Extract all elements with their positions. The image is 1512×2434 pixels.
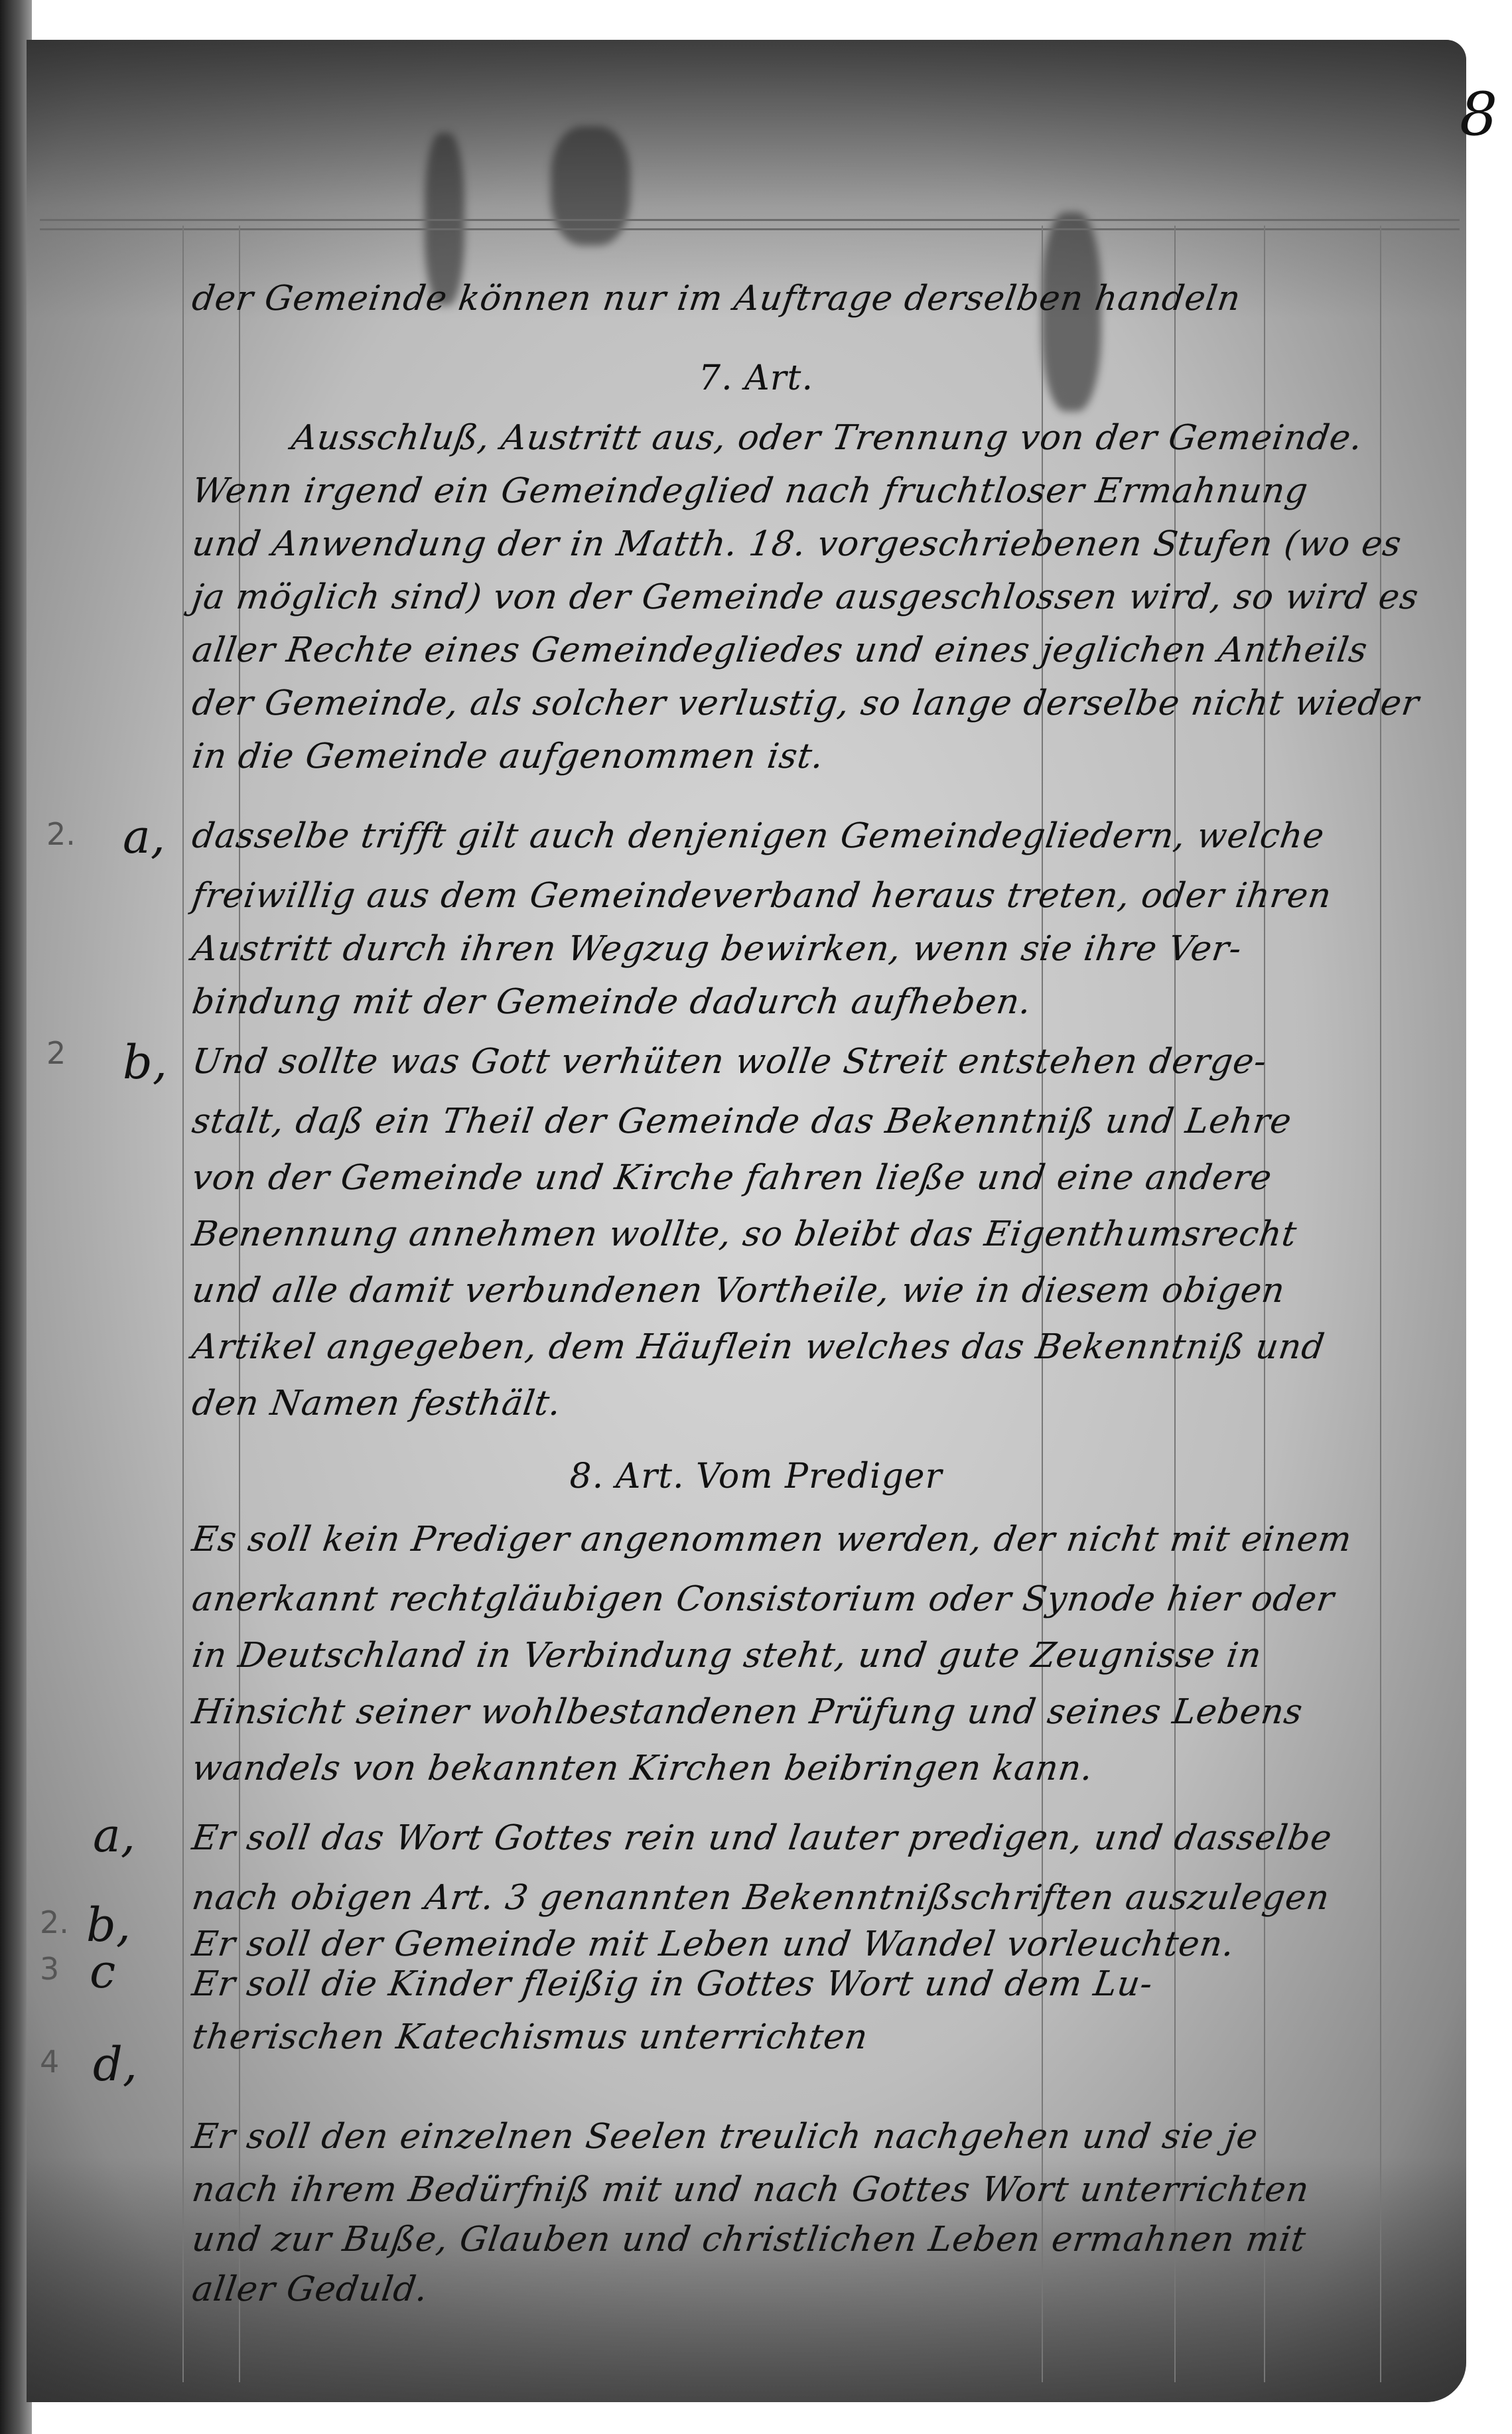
text-line: Hinsicht seiner wohlbestandenen Prüfung … (190, 1692, 1306, 1732)
water-stain-top (27, 40, 1466, 319)
margin-pencil-number: 2. (46, 816, 76, 852)
text-line: den Namen festhält. (190, 1384, 564, 1423)
text-line: Er soll das Wort Gottes rein und lauter … (190, 1818, 1335, 1858)
text-line: therischen Katechismus unterrichten (190, 2017, 870, 2057)
text-line: anerkannt rechtgläubigen Consistorium od… (190, 1579, 1337, 1619)
text-line: der Gemeinde können nur im Auftrage ders… (190, 279, 1243, 319)
article-heading: 8. Art. Vom Prediger (0, 1457, 1512, 1496)
ruled-line-top (40, 219, 1460, 221)
text-line: und Anwendung der in Matth. 18. vorgesch… (190, 524, 1405, 564)
text-line: dasselbe trifft gilt auch denjenigen Gem… (190, 816, 1327, 856)
text-line: aller Rechte eines Gemeindegliedes und e… (190, 630, 1370, 670)
text-line: und zur Buße, Glauben und christlichen L… (190, 2220, 1309, 2259)
text-line: Austritt durch ihren Wegzug bewirken, we… (190, 929, 1245, 969)
text-line: der Gemeinde, als solcher verlustig, so … (190, 683, 1422, 723)
text-line: Wenn irgend ein Gemeindeglied nach fruch… (190, 471, 1311, 511)
text-line: nach obigen Art. 3 genannten Bekenntnißs… (190, 1878, 1332, 1918)
text-line: ja möglich sind) von der Gemeinde ausges… (190, 577, 1421, 617)
text-line: in die Gemeinde aufgenommen ist. (190, 737, 827, 776)
text-line: bindung mit der Gemeinde dadurch aufhebe… (190, 982, 1034, 1022)
ruled-line-top (40, 228, 1460, 230)
margin-letter: b, (123, 1035, 167, 1090)
margin-pencil-number: 4 (40, 2044, 59, 2080)
margin-letter: c (90, 1944, 115, 1999)
margin-pencil-number: 2 (46, 1035, 66, 1071)
text-line: in Deutschland in Verbindung steht, und … (190, 1636, 1265, 1676)
text-line: aller Geduld. (190, 2269, 431, 2309)
text-line: Benennung annehmen wollte, so bleibt das… (190, 1214, 1300, 1254)
text-line: stalt, daß ein Theil der Gemeinde das Be… (190, 1102, 1294, 1141)
text-line: Er soll die Kinder fleißig in Gottes Wor… (190, 1964, 1156, 2004)
text-line: von der Gemeinde und Kirche fahren ließe… (190, 1158, 1274, 1198)
margin-pencil-number: 3 (40, 1951, 59, 1987)
margin-letter: a, (123, 810, 165, 864)
section-title: Ausschluß, Austritt aus, oder Trennung v… (289, 418, 1365, 458)
text-line: Es soll kein Prediger angenommen werden,… (190, 1520, 1355, 1559)
text-line: nach ihrem Bedürfniß mit und nach Gottes… (190, 2170, 1312, 2210)
text-line: Er soll der Gemeinde mit Leben und Wande… (190, 1924, 1237, 1964)
page-number: 8 (1460, 80, 1497, 149)
text-line: Und sollte was Gott verhüten wolle Strei… (190, 1042, 1270, 1082)
ink-stain (551, 126, 630, 246)
article-heading: 7. Art. (0, 358, 1512, 398)
margin-letter: a, (93, 1808, 135, 1863)
text-line: wandels von bekannten Kirchen beibringen… (190, 1749, 1096, 1788)
text-line: Artikel angegeben, dem Häuflein welches … (190, 1327, 1328, 1367)
margin-letter: d, (93, 2037, 137, 2092)
margin-rule (182, 226, 184, 2382)
text-line: und alle damit verbundenen Vortheile, wi… (190, 1271, 1288, 1311)
text-line: Er soll den einzelnen Seelen treulich na… (190, 2117, 1261, 2157)
text-line: freiwillig aus dem Gemeindeverband herau… (190, 876, 1334, 916)
margin-pencil-number: 2. (40, 1904, 69, 1940)
